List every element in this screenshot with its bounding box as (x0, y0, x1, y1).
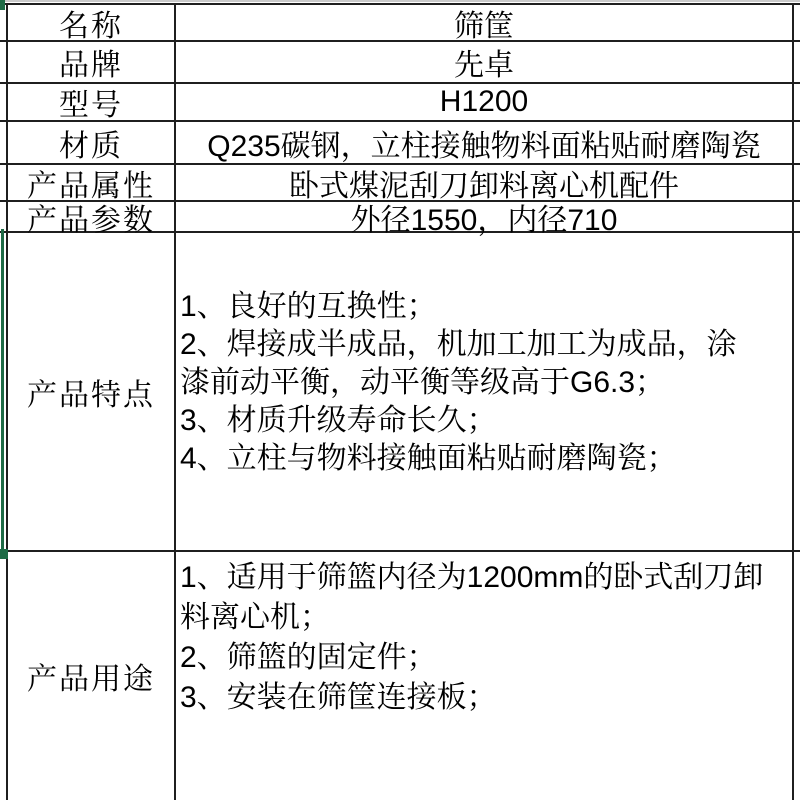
feature-line: 1、良好的互换性； (180, 288, 794, 326)
table-left-border (6, 3, 8, 800)
row-label: 名称 (6, 5, 176, 40)
spec-row-name: 名称 筛筐 (0, 5, 800, 42)
row-label: 品牌 (6, 42, 176, 82)
selection-corner-mark (0, 0, 5, 10)
row-label: 产品用途 (6, 552, 176, 800)
column-divider (174, 3, 176, 800)
selection-green-bar (1, 229, 4, 556)
spec-row-brand: 品牌 先卓 (0, 42, 800, 84)
use-line: 1、适用于筛篮内径为1200mm的卧式刮刀卸 (180, 558, 794, 598)
spec-row-model: 型号 H1200 (0, 84, 800, 122)
row-value: 筛筐 (176, 5, 800, 40)
row-value: 外径1550，内径710 (176, 202, 800, 231)
row-label: 产品参数 (6, 202, 176, 231)
spec-row-features: 产品特点 1、良好的互换性； 2、焊接成半成品，机加工加工为成品，涂 漆前动平衡… (0, 233, 800, 552)
feature-line: 3、材质升级寿命长久； (180, 402, 794, 440)
row-label: 材质 (6, 122, 176, 163)
feature-line: 漆前动平衡，动平衡等级高于G6.3； (180, 364, 794, 402)
row-value: 先卓 (176, 42, 800, 82)
selection-handle (0, 549, 8, 559)
feature-line: 2、焊接成半成品，机加工加工为成品，涂 (180, 326, 794, 364)
row-value: H1200 (176, 84, 800, 120)
spec-row-parameters: 产品参数 外径1550，内径710 (0, 202, 800, 233)
row-value: Q235碳钢，立柱接触物料面粘贴耐磨陶瓷 (176, 122, 800, 163)
table-right-border (792, 3, 794, 800)
spec-row-uses: 产品用途 1、适用于筛篮内径为1200mm的卧式刮刀卸 料离心机； 2、筛篮的固… (0, 552, 800, 800)
use-line: 料离心机； (180, 598, 794, 638)
product-spec-sheet: 名称 筛筐 品牌 先卓 型号 H1200 材质 Q235碳钢，立柱接触物料面粘贴… (0, 0, 800, 800)
feature-line: 4、立柱与物料接触面粘贴耐磨陶瓷； (180, 440, 794, 478)
use-line: 3、安装在筛筐连接板； (180, 678, 794, 718)
row-label: 型号 (6, 84, 176, 120)
spec-row-material: 材质 Q235碳钢，立柱接触物料面粘贴耐磨陶瓷 (0, 122, 800, 165)
features-list: 1、良好的互换性； 2、焊接成半成品，机加工加工为成品，涂 漆前动平衡，动平衡等… (176, 233, 800, 550)
use-line: 2、筛篮的固定件； (180, 638, 794, 678)
spec-table: 名称 筛筐 品牌 先卓 型号 H1200 材质 Q235碳钢，立柱接触物料面粘贴… (0, 5, 800, 800)
row-label: 产品特点 (6, 233, 176, 550)
uses-list: 1、适用于筛篮内径为1200mm的卧式刮刀卸 料离心机； 2、筛篮的固定件； 3… (176, 552, 800, 800)
